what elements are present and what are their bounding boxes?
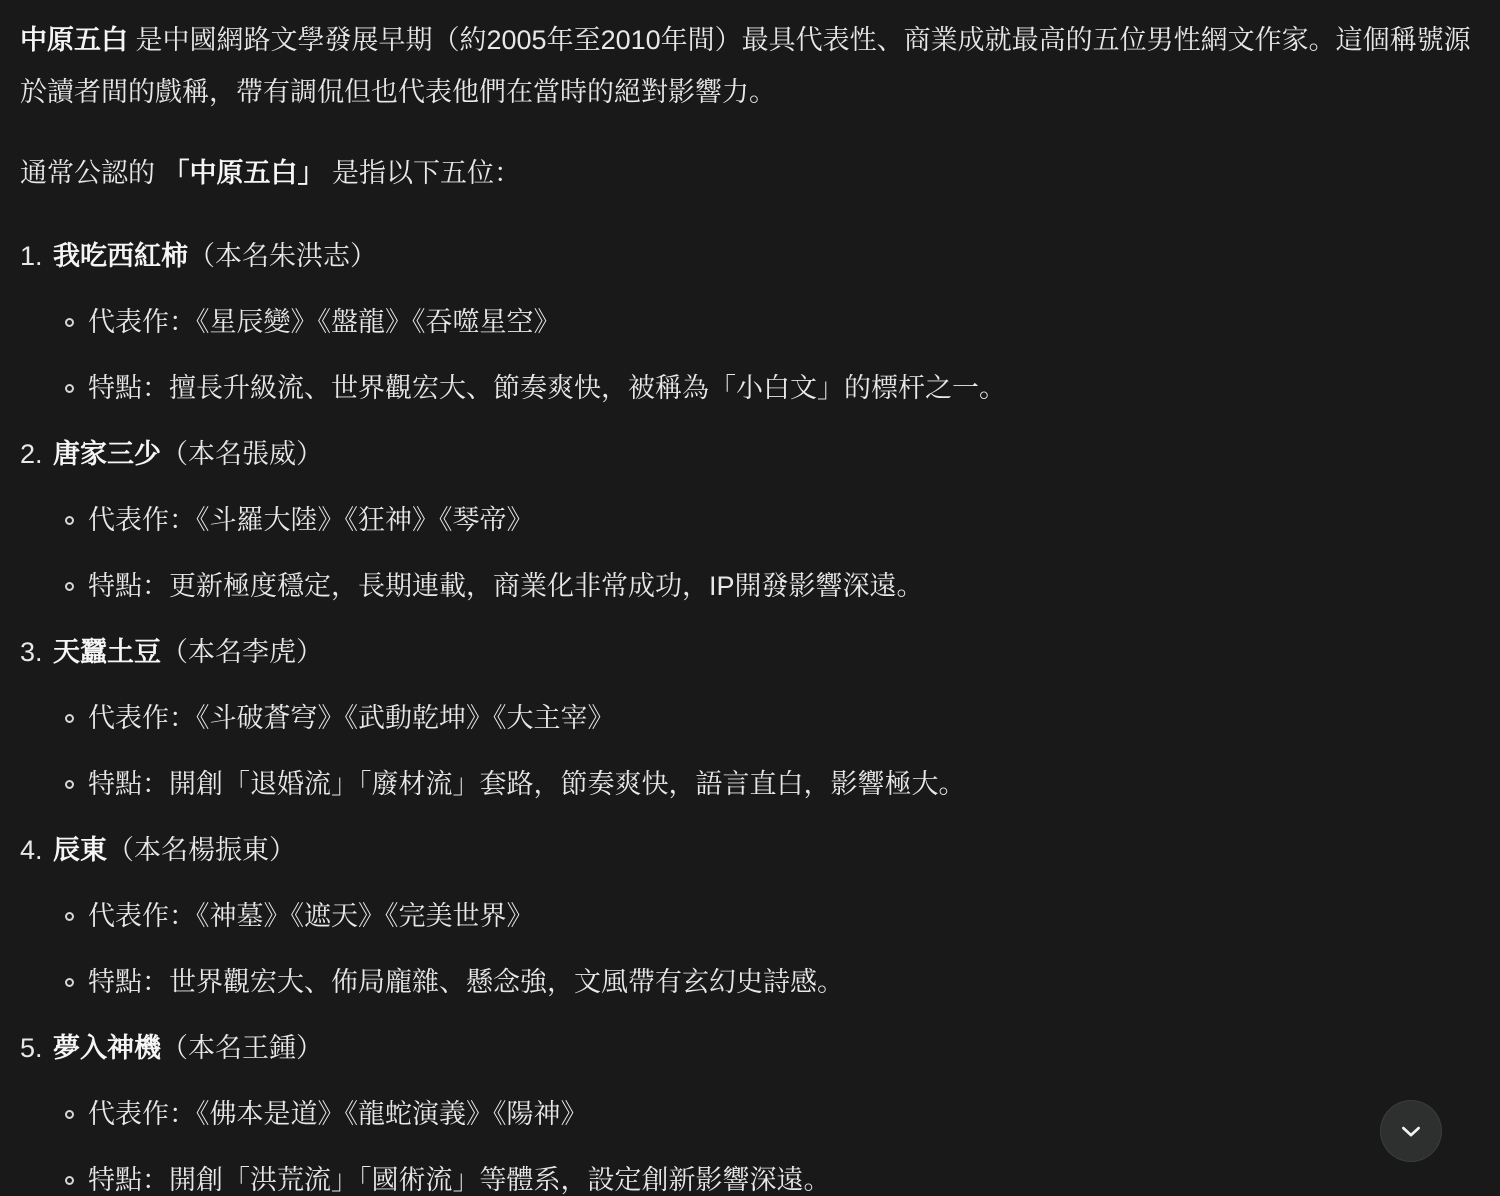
traits-bullet: 特點：開創「洪荒流」「國術流」等體系，設定創新影響深遠。 [65,1161,1476,1196]
author-details: 代表作：《佛本是道》《龍蛇演義》《陽神》 特點：開創「洪荒流」「國術流」等體系，… [20,1095,1476,1196]
works-bullet: 代表作：《斗破蒼穹》《武動乾坤》《大主宰》 [65,699,1476,737]
works-bullet: 代表作：《斗羅大陸》《狂神》《琴帝》 [65,501,1476,539]
author-heading: 2. 唐家三少（本名張威） [20,435,1476,473]
list-item-author-5: 5. 夢入神機（本名王鍾） 代表作：《佛本是道》《龍蛇演義》《陽神》 特點：開創… [20,1029,1476,1196]
list-number: 1. [20,237,53,275]
author-list: 1. 我吃西紅柿（本名朱洪志） 代表作：《星辰變》《盤龍》《吞噬星空》 特點：擅… [20,237,1476,1196]
author-pen-name: 我吃西紅柿 [53,241,188,271]
subheading-prefix: 通常公認的 [20,158,163,188]
author-pen-name: 辰東 [53,835,107,865]
intro-paragraph: 中原五白 是中國網路文學發展早期（約2005年至2010年間）最具代表性、商業成… [20,14,1476,118]
traits-text: 特點：開創「退婚流」「廢材流」套路，節奏爽快，語言直白，影響極大。 [88,765,966,803]
author-heading: 1. 我吃西紅柿（本名朱洪志） [20,237,1476,275]
list-number: 4. [20,831,53,869]
author-real-name: （本名李虎） [161,637,323,667]
works-bullet: 代表作：《佛本是道》《龍蛇演義》《陽神》 [65,1095,1476,1133]
author-heading: 5. 夢入神機（本名王鍾） [20,1029,1476,1067]
scroll-to-bottom-button[interactable] [1380,1100,1442,1162]
author-heading: 3. 天蠶土豆（本名李虎） [20,633,1476,671]
author-details: 代表作：《神墓》《遮天》《完美世界》 特點：世界觀宏大、佈局龐雜、懸念強，文風帶… [20,897,1476,1001]
hollow-bullet-icon [65,582,74,591]
author-details: 代表作：《斗羅大陸》《狂神》《琴帝》 特點：更新極度穩定，長期連載，商業化非常成… [20,501,1476,605]
chevron-down-icon [1397,1117,1425,1145]
traits-bullet: 特點：擅長升級流、世界觀宏大、節奏爽快，被稱為「小白文」的標杆之一。 [65,369,1476,407]
traits-text: 特點：擅長升級流、世界觀宏大、節奏爽快，被稱為「小白文」的標杆之一。 [88,369,1006,407]
hollow-bullet-icon [65,318,74,327]
hollow-bullet-icon [65,912,74,921]
works-text: 代表作：《佛本是道》《龍蛇演義》《陽神》 [88,1095,588,1133]
list-item-author-4: 4. 辰東（本名楊振東） 代表作：《神墓》《遮天》《完美世界》 特點：世界觀宏大… [20,831,1476,1001]
intro-text: 是中國網路文學發展早期（約2005年至2010年間）最具代表性、商業成就最高的五… [20,25,1471,107]
traits-bullet: 特點：世界觀宏大、佈局龐雜、懸念強，文風帶有玄幻史詩感。 [65,963,1476,1001]
author-heading: 4. 辰東（本名楊振東） [20,831,1476,869]
author-pen-name: 夢入神機 [53,1033,161,1063]
author-pen-name: 唐家三少 [53,439,161,469]
hollow-bullet-icon [65,714,74,723]
works-text: 代表作：《神墓》《遮天》《完美世界》 [88,897,534,935]
hollow-bullet-icon [65,1110,74,1119]
author-details: 代表作：《斗破蒼穹》《武動乾坤》《大主宰》 特點：開創「退婚流」「廢材流」套路，… [20,699,1476,803]
author-real-name: （本名王鍾） [161,1033,323,1063]
traits-text: 特點：世界觀宏大、佈局龐雜、懸念強，文風帶有玄幻史詩感。 [88,963,844,1001]
hollow-bullet-icon [65,1176,74,1185]
works-text: 代表作：《斗羅大陸》《狂神》《琴帝》 [88,501,534,539]
works-text: 代表作：《星辰變》《盤龍》《吞噬星空》 [88,303,561,341]
author-real-name: （本名楊振東） [107,835,296,865]
works-bullet: 代表作：《星辰變》《盤龍》《吞噬星空》 [65,303,1476,341]
chat-message-content: 中原五白 是中國網路文學發展早期（約2005年至2010年間）最具代表性、商業成… [0,0,1500,1196]
traits-bullet: 特點：更新極度穩定，長期連載，商業化非常成功，IP開發影響深遠。 [65,567,1476,605]
list-number: 3. [20,633,53,671]
intro-bold-term: 中原五白 [20,25,128,55]
list-item-author-3: 3. 天蠶土豆（本名李虎） 代表作：《斗破蒼穹》《武動乾坤》《大主宰》 特點：開… [20,633,1476,803]
traits-text: 特點：開創「洪荒流」「國術流」等體系，設定創新影響深遠。 [88,1161,831,1196]
author-pen-name: 天蠶土豆 [53,637,161,667]
subheading-bold-term: 「中原五白」 [163,158,325,188]
list-item-author-2: 2. 唐家三少（本名張威） 代表作：《斗羅大陸》《狂神》《琴帝》 特點：更新極度… [20,435,1476,605]
author-details: 代表作：《星辰變》《盤龍》《吞噬星空》 特點：擅長升級流、世界觀宏大、節奏爽快，… [20,303,1476,407]
list-number: 2. [20,435,53,473]
author-real-name: （本名張威） [161,439,323,469]
author-real-name: （本名朱洪志） [188,241,377,271]
hollow-bullet-icon [65,978,74,987]
hollow-bullet-icon [65,780,74,789]
traits-text: 特點：更新極度穩定，長期連載，商業化非常成功，IP開發影響深遠。 [88,567,924,605]
works-bullet: 代表作：《神墓》《遮天》《完美世界》 [65,897,1476,935]
list-item-author-1: 1. 我吃西紅柿（本名朱洪志） 代表作：《星辰變》《盤龍》《吞噬星空》 特點：擅… [20,237,1476,407]
subheading-suffix: 是指以下五位： [325,158,522,188]
list-number: 5. [20,1029,53,1067]
traits-bullet: 特點：開創「退婚流」「廢材流」套路，節奏爽快，語言直白，影響極大。 [65,765,1476,803]
works-text: 代表作：《斗破蒼穹》《武動乾坤》《大主宰》 [88,699,615,737]
hollow-bullet-icon [65,384,74,393]
hollow-bullet-icon [65,516,74,525]
subheading-paragraph: 通常公認的 「中原五白」 是指以下五位： [20,154,1476,192]
